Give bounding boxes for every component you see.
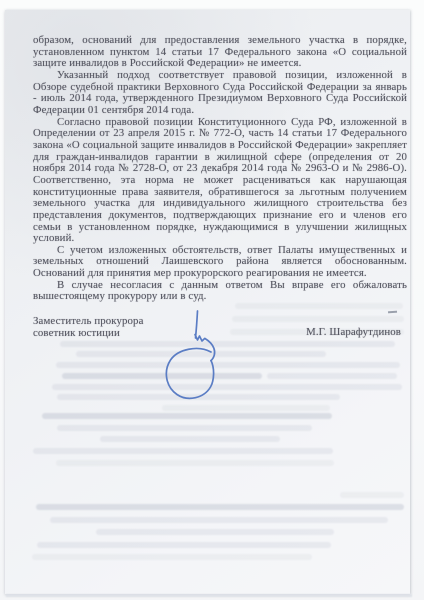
signer-position: Заместитель прокурора советник юстиции bbox=[33, 316, 143, 339]
bleed-through-line bbox=[56, 460, 334, 466]
bleed-through-line bbox=[52, 384, 402, 390]
bleed-through-line bbox=[57, 394, 340, 400]
bleed-through-line bbox=[50, 517, 388, 523]
bleed-through-line bbox=[42, 413, 332, 419]
bleed-through-line bbox=[96, 529, 334, 535]
paragraph-5: В случае несогласия с данным ответом Вы … bbox=[33, 280, 407, 303]
bleed-through-line bbox=[267, 373, 397, 379]
paragraph-2: Указанный подход соответствует правовой … bbox=[33, 70, 407, 117]
bleed-through-line bbox=[57, 425, 312, 431]
paper-bottom-edge bbox=[6, 594, 412, 597]
bleed-through-line bbox=[56, 362, 400, 368]
bleed-through-line bbox=[100, 436, 280, 442]
signer-position-line2: советник юстиции bbox=[33, 328, 143, 340]
paper-page: образом, оснований для предоставления зе… bbox=[5, 10, 410, 594]
bleed-through-line bbox=[36, 504, 404, 510]
paragraph-1: образом, оснований для предоставления зе… bbox=[33, 35, 407, 70]
paragraph-3: Согласно правовой позиции Конституционно… bbox=[33, 117, 407, 245]
signer-name: М.Г. Шарафутдинов bbox=[306, 327, 401, 340]
bleed-through-line bbox=[37, 542, 331, 548]
bleed-through-line bbox=[33, 448, 333, 454]
bleed-through-line bbox=[162, 405, 330, 411]
signer-position-line1: Заместитель прокурора bbox=[33, 316, 143, 328]
bleed-through-line bbox=[340, 492, 404, 498]
bleed-through-line bbox=[76, 351, 326, 357]
bleed-through-line bbox=[32, 554, 312, 560]
signature-block: Заместитель прокурора советник юстиции М… bbox=[33, 316, 407, 339]
letter-body: образом, оснований для предоставления зе… bbox=[33, 35, 407, 339]
bleed-through-line bbox=[62, 373, 262, 379]
bleed-through-line bbox=[60, 341, 395, 347]
scanned-letter-photo: образом, оснований для предоставления зе… bbox=[0, 0, 424, 600]
paragraph-4: С учетом изложенных обстоятельств, ответ… bbox=[33, 245, 407, 280]
